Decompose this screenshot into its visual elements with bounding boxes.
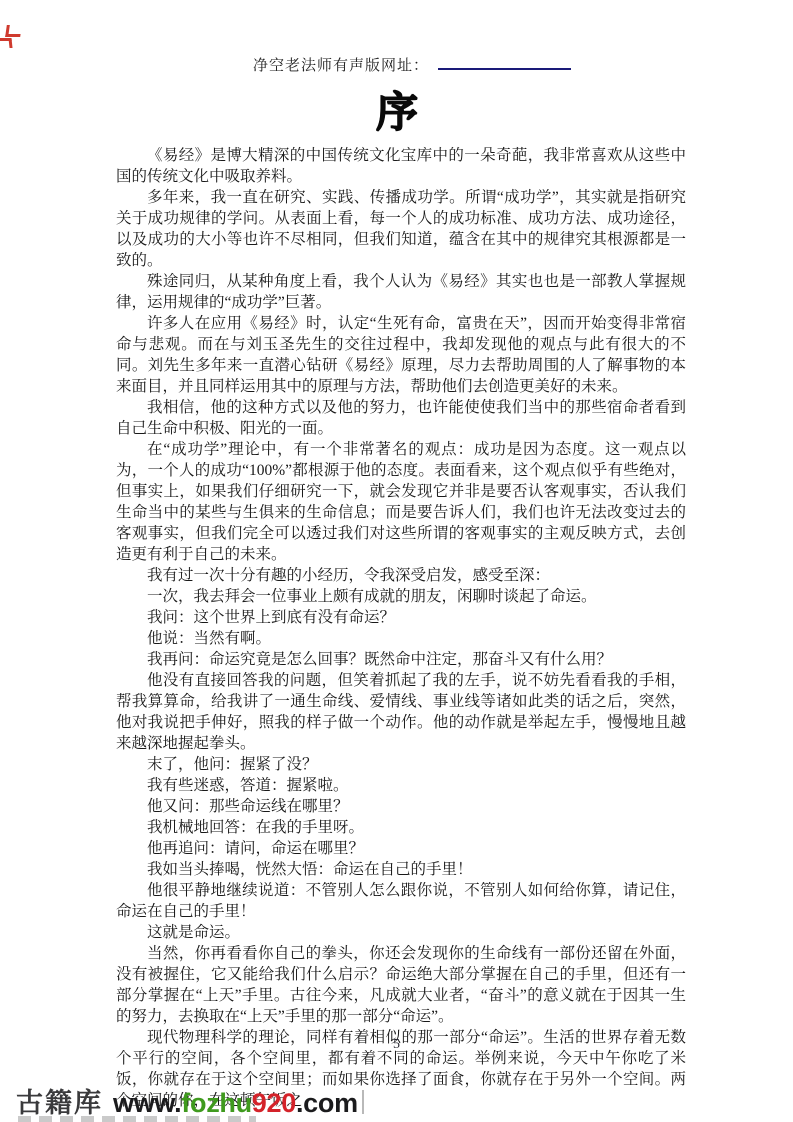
brand-url-tld: .com [296,1088,358,1118]
paragraph: 我有过一次十分有趣的小经历，令我深受启发，感受至深： [116,565,686,586]
header-label: 净空老法师有声版网址： [253,58,429,74]
brand-url-920: 920 [252,1088,296,1118]
paragraph: 末了，他问：握紧了没？ [116,754,686,775]
paragraph: 他再追问：请问，命运在哪里？ [116,838,686,859]
brand-url-fozhu: fozhu [181,1088,251,1118]
clipped-watermark-row [18,1116,256,1122]
paragraph: 他没有直接回答我的问题，但笑着抓起了我的左手，说不妨先看看我的手相，帮我算算命，… [116,670,686,754]
paragraph: 他很平静地继续说道：不管别人怎么跟你说，不管别人如何给你算，请记住，命运在自己的… [116,880,686,922]
paragraph: 在“成功学”理论中，有一个非常著名的观点：成功是因为态度。这一观点以为，一个人的… [116,439,686,565]
paragraph: 我如当头捧喝，恍然大悟：命运在自己的手里！ [116,859,686,880]
paragraph: 一次，我去拜会一位事业上颇有成就的朋友，闲聊时谈起了命运。 [116,586,686,607]
brand-url-www: www. [113,1088,181,1118]
document-page: 净空老法师有声版网址： 序 《易经》是博大精深的中国传统文化宝库中的一朵奇葩，我… [0,0,793,1122]
paragraph: 他说：当然有啊。 [116,628,686,649]
stamp-stroke [0,38,13,48]
header-link-underline[interactable] [438,54,571,70]
paragraph: 当然，你再看看你自己的拳头，你还会发现你的生命线有一部份还留在外面，没有被握住，… [116,943,686,1027]
page-number: 5 [0,1037,793,1053]
watermark-logo: 古籍库www.fozhu920.com [16,1081,364,1120]
paragraph: 许多人在应用《易经》时，认定“生死有命，富贵在天”，因而开始变得非常宿命与悲观。… [116,313,686,397]
body-text: 《易经》是博大精深的中国传统文化宝库中的一朵奇葩，我非常喜欢从这些中国的传统文化… [116,145,686,1111]
paragraph: 我问：这个世界上到底有没有命运？ [116,607,686,628]
paragraph: 这就是命运。 [116,922,686,943]
paragraph: 殊途同归，从某种角度上看，我个人认为《易经》其实也也是一部教人掌握规律，运用规律… [116,271,686,313]
paragraph: 他又问：那些命运线在哪里？ [116,796,686,817]
paragraph: 我有些迷惑，答道：握紧啦。 [116,775,686,796]
corner-stamp-fragment [2,25,28,51]
paragraph: 我再问：命运究竟是怎么回事？既然命中注定，那奋斗又有什么用？ [116,649,686,670]
paragraph: 我机械地回答：在我的手里呀。 [116,817,686,838]
paragraph: 多年来，我一直在研究、实践、传播成功学。所谓“成功学”，其实就是指研究关于成功规… [116,187,686,271]
page-title: 序 [0,92,793,134]
footer-divider [362,1090,364,1114]
stamp-stroke [5,25,22,37]
paragraph: 《易经》是博大精深的中国传统文化宝库中的一朵奇葩，我非常喜欢从这些中国的传统文化… [116,145,686,187]
brand-name-cn: 古籍库 [16,1088,103,1118]
page-header: 净空老法师有声版网址： [253,54,571,75]
paragraph: 我相信，他的这种方式以及他的努力，也许能使使我们当中的那些宿命者看到自己生命中积… [116,397,686,439]
